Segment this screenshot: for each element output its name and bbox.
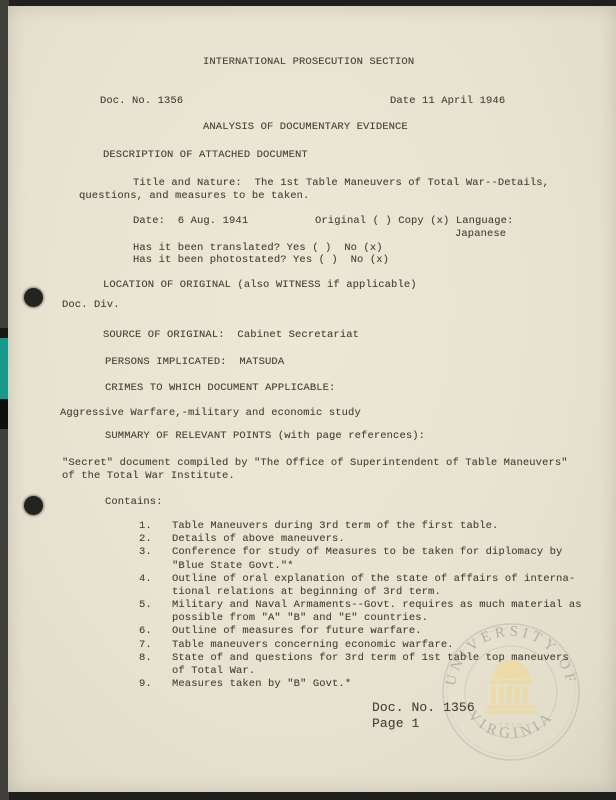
footer-page-number: Page 1 — [372, 717, 419, 731]
list-item-number: 4. — [139, 574, 152, 585]
summary-line1: "Secret" document compiled by "The Offic… — [62, 458, 568, 469]
source-field: SOURCE OF ORIGINAL: Cabinet Secretariat — [103, 330, 359, 341]
seal-year-text: 1819 — [499, 721, 523, 730]
university-of-virginia-seal-watermark: UNIVERSITY OF VIRGINIA 1819 — [441, 622, 581, 762]
translated-field: Has it been translated? Yes ( ) No (x) — [133, 243, 383, 254]
list-item-text: possible from "A" "B" and "E" countries. — [172, 613, 428, 624]
description-heading: DESCRIPTION OF ATTACHED DOCUMENT — [103, 150, 308, 161]
photostated-field: Has it been photostated? Yes ( ) No (x) — [133, 255, 389, 266]
original-copy-field: Original ( ) Copy (x) Language: — [315, 216, 513, 227]
summary-line2: of the Total War Institute. — [62, 471, 235, 482]
title-nature-line2: questions, and measures to be taken. — [79, 191, 309, 202]
list-item-number: 9. — [139, 679, 152, 690]
list-item-number: 7. — [139, 640, 152, 651]
list-item-number: 3. — [139, 547, 152, 558]
list-item-text: tional relations at beginning of 3rd ter… — [172, 587, 441, 598]
page-title: INTERNATIONAL PROSECUTION SECTION — [203, 57, 414, 68]
list-item-text: "Blue State Govt."* — [172, 561, 294, 572]
punch-hole-icon — [24, 496, 43, 515]
page-subtitle: ANALYSIS OF DOCUMENTARY EVIDENCE — [203, 122, 408, 133]
list-item-text: Military and Naval Armaments--Govt. requ… — [172, 600, 582, 611]
list-item-number: 1. — [139, 521, 152, 532]
document-date-field: Date: 6 Aug. 1941 — [133, 216, 248, 227]
scanned-page: UNIVERSITY OF VIRGINIA 1819 INTERNATIONA… — [0, 0, 616, 800]
footer-doc-number: Doc. No. 1356 — [372, 701, 475, 715]
list-item-text: Outline of oral explanation of the state… — [172, 574, 575, 585]
crimes-value: Aggressive Warfare,-military and economi… — [60, 408, 361, 419]
list-item-text: Measures taken by "B" Govt.* — [172, 679, 351, 690]
list-item-text: Table maneuvers concerning economic warf… — [172, 640, 454, 651]
language-value: Japanese — [455, 229, 506, 240]
persons-field: PERSONS IMPLICATED: MATSUDA — [105, 357, 284, 368]
title-nature-line1: Title and Nature: The 1st Table Maneuver… — [133, 178, 549, 189]
location-value: Doc. Div. — [62, 300, 120, 311]
list-item-number: 8. — [139, 653, 152, 664]
list-item-number: 2. — [139, 534, 152, 545]
list-item-text: Table Maneuvers during 3rd term of the f… — [172, 521, 498, 532]
punch-hole-icon — [24, 288, 43, 307]
summary-heading: SUMMARY OF RELEVANT POINTS (with page re… — [105, 431, 425, 442]
doc-number: Doc. No. 1356 — [100, 96, 183, 107]
list-item-text: Outline of measures for future warfare. — [172, 626, 422, 637]
list-item-text: Conference for study of Measures to be t… — [172, 547, 562, 558]
location-heading: LOCATION OF ORIGINAL (also WITNESS if ap… — [103, 280, 417, 291]
list-item-number: 5. — [139, 600, 152, 611]
contains-label: Contains: — [105, 497, 163, 508]
crimes-heading: CRIMES TO WHICH DOCUMENT APPLICABLE: — [105, 383, 335, 394]
list-item-number: 6. — [139, 626, 152, 637]
doc-date: Date 11 April 1946 — [390, 96, 505, 107]
list-item-text: of Total War. — [172, 666, 255, 677]
list-item-text: State of and questions for 3rd term of 1… — [172, 653, 569, 664]
list-item-text: Details of above maneuvers. — [172, 534, 345, 545]
rotunda-icon — [484, 660, 538, 714]
